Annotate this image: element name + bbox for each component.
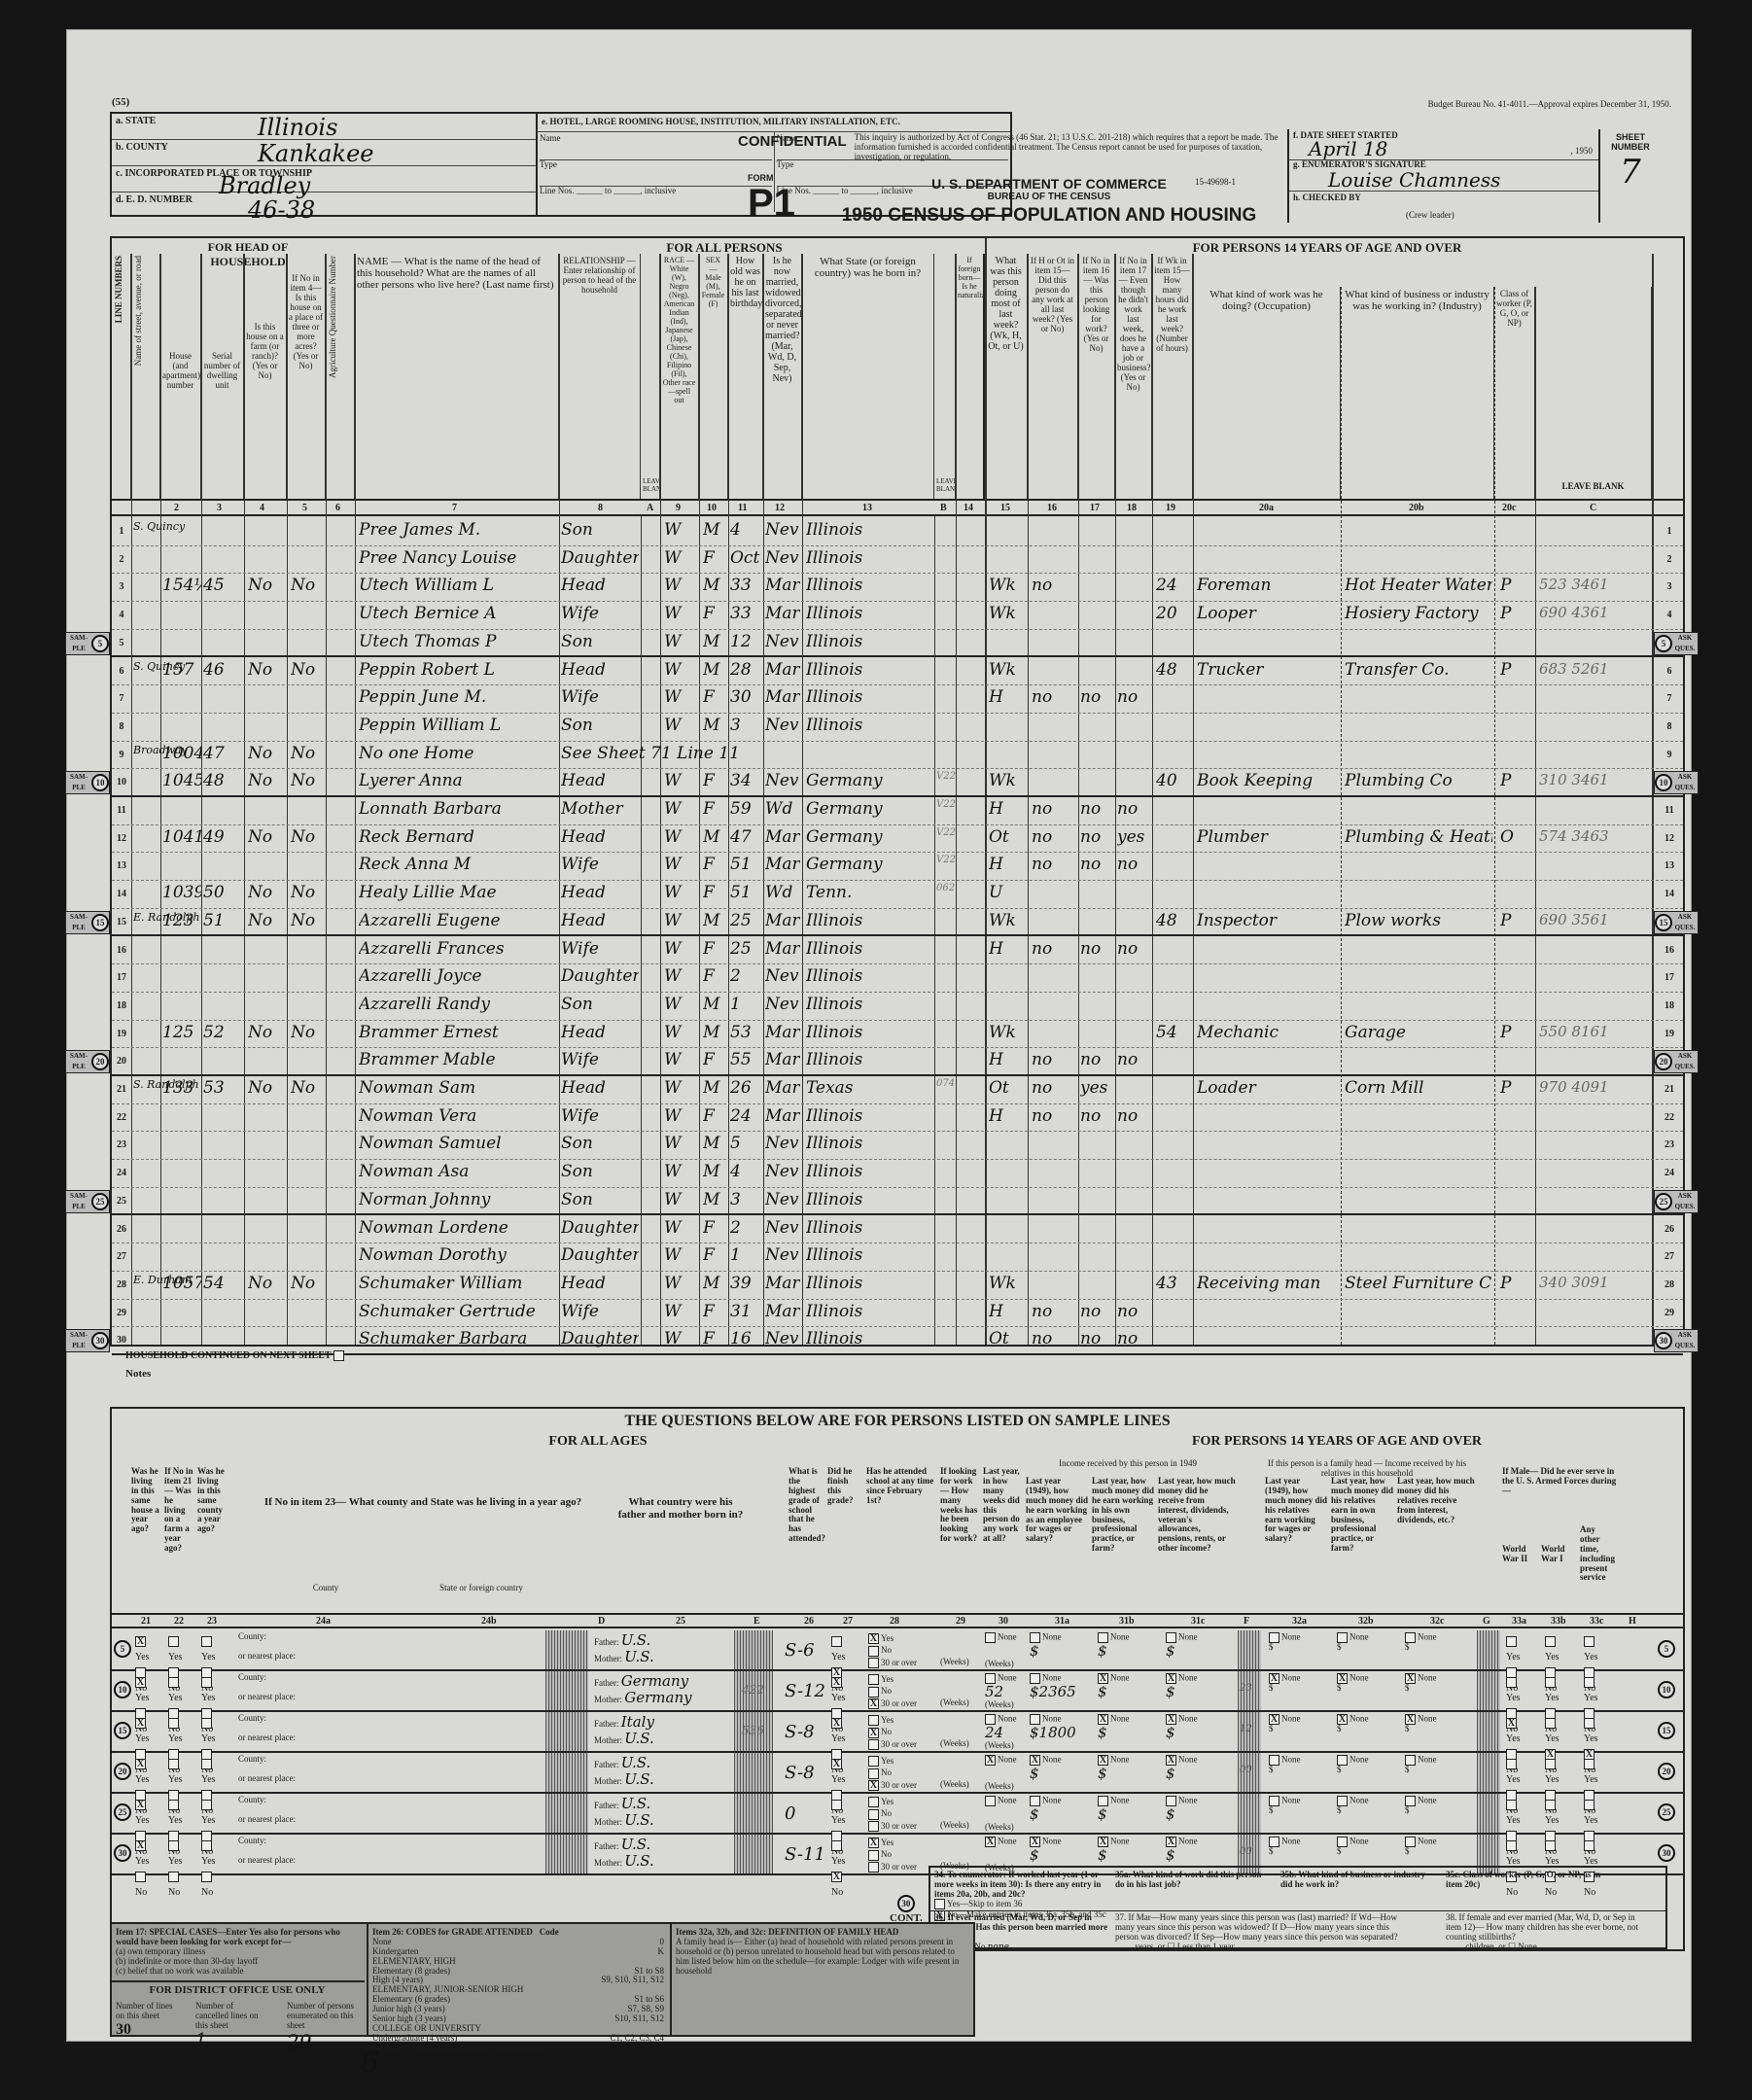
line-number: 10: [112, 777, 131, 787]
birthplace: Illinois: [806, 995, 932, 1014]
date-enumerator-block: f. DATE SHEET STARTED April 18 , 1950 g.…: [1287, 129, 1598, 223]
q28-checkbox[interactable]: XYesNo30 or over: [868, 1632, 917, 1668]
line-number-right: 12: [1660, 833, 1679, 844]
instructions-box: Item 17: SPECIAL CASES—Enter Yes also fo…: [110, 1922, 975, 2037]
q21-checkbox[interactable]: XYesNo: [135, 1838, 150, 1901]
q22-checkbox[interactable]: YesNo: [168, 1838, 183, 1901]
person-row: 16Azzarelli FrancesWifeWF25MarIllinoisHn…: [112, 937, 1683, 965]
lower-col-num: 24a: [316, 1616, 331, 1627]
q26-header: What is the highest grade of school that…: [788, 1467, 823, 1544]
c31a-income[interactable]: None$: [1030, 1632, 1062, 1660]
c32c-income[interactable]: None$: [1405, 1837, 1437, 1857]
farm-answer: No: [248, 827, 285, 847]
col6-header: Agriculture Questionnaire Number: [326, 254, 355, 499]
q33c-header: Any other time, including present servic…: [1580, 1525, 1615, 1583]
person-name: Schumaker Gertrude: [359, 1302, 557, 1321]
c32a-income[interactable]: XNone$: [1269, 1673, 1301, 1694]
q32a-header: Last year (1949), how much money did his…: [1265, 1477, 1327, 1544]
race: W: [664, 855, 697, 874]
line-number: 25: [112, 1196, 131, 1207]
age: 55: [730, 1050, 761, 1069]
race: W: [664, 911, 697, 930]
q27-header: Did he finish this grade?: [827, 1467, 862, 1506]
c32a-income[interactable]: None$: [1269, 1755, 1301, 1775]
line-number: 12: [112, 833, 131, 844]
col-f-code: 00: [1240, 1765, 1252, 1775]
class-of-worker: P: [1500, 1078, 1529, 1098]
q28-checkbox[interactable]: YesNo30 or over: [868, 1796, 917, 1832]
person-name: Azzarelli Randy: [359, 995, 557, 1014]
industry: Transfer Co.: [1345, 660, 1492, 680]
lower-column-number-row: 21222324a24bD25E262728293031a31b31cF32a3…: [112, 1613, 1683, 1628]
line-number-right: 27: [1660, 1251, 1679, 1262]
q28-checkbox[interactable]: YesNoX30 or over: [868, 1673, 917, 1709]
line-number-right: 17: [1660, 972, 1679, 983]
lower-col-num: 22: [174, 1616, 184, 1627]
highest-grade: S-12: [785, 1681, 825, 1701]
house-number: 157: [162, 660, 201, 680]
sample-line-marker: 30SAM-PLE: [65, 1329, 110, 1352]
c31a-income[interactable]: None$: [1030, 1796, 1062, 1823]
birthplace: Illinois: [806, 1302, 932, 1321]
person-name: Pree James M.: [359, 520, 557, 540]
person-row: 24Nowman AsaSonWM4NevIllinois24: [112, 1160, 1683, 1188]
county-field[interactable]: County:or nearest place:: [238, 1796, 296, 1825]
line-number-right: 18: [1660, 1000, 1679, 1011]
occupation: Inspector: [1197, 911, 1339, 930]
q30-weeks[interactable]: None(Weeks): [985, 1632, 1017, 1668]
race: W: [664, 632, 697, 651]
industry: Hot Heater Water: [1345, 576, 1492, 595]
col5-header: If No in item 4— Is this house on a plac…: [287, 254, 326, 499]
birthplace: Illinois: [806, 520, 932, 540]
q29-weeks[interactable]: (Weeks): [940, 1821, 969, 1831]
relationship: Head: [561, 1078, 639, 1098]
parents-birthplace: Father: U.S.Mother: U.S.: [594, 1796, 654, 1828]
person-row: 21S. Randolph13353NoNoNowman SamHeadWM26…: [112, 1076, 1683, 1104]
line-number-right: 2: [1660, 554, 1679, 565]
relationship: Head: [561, 1274, 639, 1293]
age: Oct: [730, 548, 761, 568]
relationship: Wife: [561, 687, 639, 707]
person-name: Peppin William L: [359, 716, 557, 735]
sample-line-number: 25: [114, 1803, 131, 1821]
occupation: Receiving man: [1197, 1274, 1339, 1293]
c32c-income[interactable]: XNone$: [1405, 1714, 1437, 1734]
birthplace: Illinois: [806, 966, 932, 986]
race: W: [664, 687, 697, 707]
ask-questions-marker: 20ASKQUES.: [1654, 1050, 1699, 1073]
q28-checkbox[interactable]: YesXNo30 or over: [868, 1714, 917, 1750]
birthplace: Illinois: [806, 632, 932, 651]
race: W: [664, 1329, 697, 1348]
sex: M: [703, 1274, 726, 1293]
sex: F: [703, 966, 726, 986]
marital-status: Nev: [765, 1190, 800, 1209]
c32a-income[interactable]: None$: [1269, 1632, 1301, 1653]
marital-status: Mar: [765, 1078, 800, 1098]
person-name: Nowman Samuel: [359, 1134, 557, 1153]
relationship: Head: [561, 911, 639, 930]
age: 34: [730, 771, 761, 790]
q29-weeks[interactable]: (Weeks): [940, 1658, 969, 1667]
marital-status: Mar: [765, 1302, 800, 1321]
c31a-income[interactable]: None$1800: [1030, 1714, 1076, 1741]
sheet-label: SHEET NUMBER: [1600, 129, 1661, 153]
age: 1: [730, 995, 761, 1014]
c32b-income[interactable]: None$: [1337, 1837, 1369, 1857]
activity-last-week: U: [989, 883, 1026, 902]
marital-status: Mar: [765, 604, 800, 623]
line-number: 5: [112, 638, 131, 648]
age: 25: [730, 939, 761, 959]
age: 25: [730, 911, 761, 930]
q29-weeks[interactable]: (Weeks): [940, 1780, 969, 1790]
q31c-header: Last year, how much money did he receive…: [1158, 1477, 1236, 1554]
occupation: Loader: [1197, 1078, 1339, 1098]
sex: F: [703, 883, 726, 902]
person-row: 15E. Randolph12351NoNoAzzarelli EugeneHe…: [112, 909, 1683, 937]
c32c-income[interactable]: None$: [1405, 1755, 1437, 1775]
district-office-title: FOR DISTRICT OFFICE USE ONLY: [116, 1984, 359, 1996]
person-row: 3154½45NoNoUtech William LHeadWM33MarIll…: [112, 574, 1683, 602]
activity-last-week: H: [989, 799, 1026, 819]
line-number: 21: [112, 1084, 131, 1095]
county-field[interactable]: County:or nearest place:: [238, 1714, 296, 1743]
c32a-income[interactable]: None$: [1269, 1837, 1301, 1857]
sex: M: [703, 1078, 726, 1098]
q21-header: Was he living in this same house a year …: [131, 1467, 160, 1534]
col10-header: SEX — Male (M), Female (F): [699, 254, 728, 499]
race: W: [664, 1274, 697, 1293]
house-number: 123: [162, 911, 201, 930]
sex: M: [703, 827, 726, 847]
industry: Hosiery Factory: [1345, 604, 1492, 623]
ask-questions-marker: 25ASKQUES.: [1654, 1190, 1699, 1213]
date-value: April 18: [1309, 137, 1387, 160]
c31b-income[interactable]: XNone$: [1098, 1837, 1130, 1864]
q29-weeks[interactable]: (Weeks): [940, 1739, 969, 1749]
age: 3: [730, 1190, 761, 1209]
activity-last-week: H: [989, 1302, 1026, 1321]
did-any-work: no: [1032, 827, 1076, 847]
race: W: [664, 1218, 697, 1238]
sample-line-number: 5: [114, 1640, 131, 1658]
has-job: no: [1117, 939, 1150, 959]
leave-blank-f: [1238, 1630, 1261, 1669]
person-name: Reck Anna M: [359, 855, 557, 874]
sex: F: [703, 799, 726, 819]
has-job: no: [1117, 1050, 1150, 1069]
marital-status: Nev: [765, 1245, 800, 1265]
line-number-right: 21: [1660, 1084, 1679, 1095]
person-rows: 1S. QuincyPree James M.SonWM4NevIllinois…: [112, 518, 1683, 1355]
sex: M: [703, 1162, 726, 1181]
confidential-label: CONFIDENTIAL: [738, 133, 847, 162]
relationship: Son: [561, 1190, 639, 1209]
race: W: [664, 660, 697, 680]
leave-blank-g: [1477, 1630, 1500, 1669]
q28-checkbox[interactable]: YesNoX30 or over: [868, 1755, 917, 1791]
q30-weeks[interactable]: XNone(Weeks): [985, 1755, 1017, 1791]
birthplace: Illinois: [806, 660, 932, 680]
c31a-income[interactable]: XNone$: [1030, 1755, 1062, 1782]
family-head-definition: Items 32a, 32b, and 32c: DEFINITION OF F…: [676, 1928, 967, 1976]
county-field[interactable]: County:or nearest place:: [238, 1673, 296, 1702]
county-field[interactable]: County:or nearest place:: [238, 1632, 296, 1662]
occupation: Plumber: [1197, 827, 1339, 847]
line-number: 14: [112, 889, 131, 899]
c32b-income[interactable]: XNone$: [1337, 1673, 1369, 1694]
race: W: [664, 576, 697, 595]
leave-blank-g: [1477, 1794, 1500, 1833]
line-number-right: 11: [1660, 805, 1679, 816]
q30-header: Last year, in how many weeks did this pe…: [983, 1467, 1022, 1544]
q30-weeks[interactable]: None(Weeks): [985, 1796, 1017, 1832]
lower-col-num: 31c: [1191, 1616, 1205, 1627]
marital-status: Mar: [765, 576, 800, 595]
c31b-income[interactable]: XNone$: [1098, 1755, 1130, 1782]
c32c-income[interactable]: XNone$: [1405, 1673, 1437, 1694]
checked-label: h. CHECKED BY: [1293, 193, 1361, 203]
col12-header: Is he now married, widowed, divorced, se…: [763, 254, 802, 499]
class-of-worker: P: [1500, 576, 1529, 595]
activity-last-week: Wk: [989, 911, 1026, 930]
leave-blank-code: 683 5261: [1539, 660, 1648, 678]
q24a-header: County: [258, 1584, 394, 1593]
sample-line-marker: 20SAM-PLE: [65, 1050, 110, 1073]
acres-answer: No: [291, 827, 324, 847]
q27-checkbox[interactable]: YesXNo: [831, 1838, 846, 1901]
line-number-right: 3: [1660, 581, 1679, 592]
sex: M: [703, 1134, 726, 1153]
person-row: 8Peppin William LSonWM3NevIllinois8: [112, 714, 1683, 742]
relationship: Son: [561, 1162, 639, 1181]
line-number: 2: [112, 554, 131, 565]
birthplace: Illinois: [806, 1162, 932, 1181]
q24b-header: State or foreign country: [403, 1584, 559, 1593]
race: W: [664, 966, 697, 986]
c32b-income[interactable]: XNone$: [1337, 1714, 1369, 1734]
acres-answer: No: [291, 744, 324, 763]
has-job: no: [1117, 855, 1150, 874]
house-number: 1004: [162, 744, 201, 763]
c32c-income[interactable]: None$: [1405, 1632, 1437, 1653]
has-job: no: [1117, 687, 1150, 707]
q25-header: What country were his father and mother …: [617, 1496, 744, 1521]
activity-last-week: H: [989, 939, 1026, 959]
col-f-code: 00: [1240, 1846, 1252, 1857]
birthplace: Germany: [806, 771, 932, 790]
leave-blank-d: [545, 1712, 588, 1751]
c31c-income[interactable]: None$: [1166, 1796, 1198, 1823]
relationship: Wife: [561, 939, 639, 959]
q35b: 35b. What kind of business or industry d…: [1280, 1870, 1436, 1889]
age: 33: [730, 576, 761, 595]
marital-status: Mar: [765, 939, 800, 959]
leave-blank-e: [734, 1794, 773, 1833]
dept-title: U. S. DEPARTMENT OF COMMERCE: [845, 176, 1253, 192]
line-number-right: 26: [1660, 1224, 1679, 1235]
birthplace: Illinois: [806, 1274, 932, 1293]
q28-checkbox[interactable]: XYesNo30 or over: [868, 1837, 917, 1872]
inst-lines-label-1: Line Nos. ______ to ______, inclusive: [540, 187, 772, 196]
farm-answer: No: [248, 911, 285, 930]
looking-for-work: yes: [1080, 1078, 1113, 1098]
person-name: Norman Johnny: [359, 1190, 557, 1209]
census-sheet: (55) Budget Bureau No. 41-4011.—Approval…: [66, 29, 1692, 2042]
person-row: 7Peppin June M.WifeWF30MarIllinoisHnonon…: [112, 685, 1683, 714]
sex: M: [703, 1023, 726, 1042]
c31c-income[interactable]: XNone$: [1166, 1714, 1198, 1741]
sex: F: [703, 1329, 726, 1348]
lower-col-num: 26: [804, 1616, 814, 1627]
county-field[interactable]: County:or nearest place:: [238, 1837, 296, 1866]
leave-blank-code: 340 3091: [1539, 1274, 1648, 1291]
person-row: 10104548NoNoLyerer AnnaHeadWF34NevGerman…: [112, 769, 1683, 797]
c32a-income[interactable]: XNone$: [1269, 1714, 1301, 1734]
q35a: 35a. What kind of work did this person d…: [1115, 1870, 1271, 1889]
sex: F: [703, 1245, 726, 1265]
c31b-income[interactable]: XNone$: [1098, 1673, 1130, 1700]
q30-weeks[interactable]: None24(Weeks): [985, 1714, 1017, 1750]
column-number-row: 2 3 4 5 6 7 8 A 9 10 11 12 13 B 14 15 16…: [112, 499, 1683, 516]
marital-status: Nev: [765, 520, 800, 540]
class-of-worker: P: [1500, 911, 1529, 930]
birthplace: Germany: [806, 827, 932, 847]
did-any-work: no: [1032, 687, 1076, 707]
c31b-income[interactable]: XNone$: [1098, 1714, 1130, 1741]
relationship: Head: [561, 827, 639, 847]
line-number-right: 22: [1660, 1112, 1679, 1123]
serial-number: 46: [203, 660, 242, 680]
house-number: 1039: [162, 883, 201, 902]
date-year: , 1950: [1571, 147, 1594, 157]
occupation: Looper: [1197, 604, 1339, 623]
line-number: 23: [112, 1139, 131, 1150]
race: W: [664, 520, 697, 540]
c31c-income[interactable]: XNone$: [1166, 1837, 1198, 1864]
sex: F: [703, 604, 726, 623]
serial-number: 45: [203, 576, 242, 595]
c32a-income[interactable]: None$: [1269, 1796, 1301, 1816]
race: W: [664, 939, 697, 959]
all-ages-heading: FOR ALL AGES: [306, 1434, 890, 1450]
c31b-income[interactable]: None$: [1098, 1632, 1130, 1660]
age: 28: [730, 660, 761, 680]
col-b-code: 074: [936, 1078, 956, 1089]
person-name: Azzarelli Joyce: [359, 966, 557, 986]
line-number: 7: [112, 693, 131, 704]
person-name: Utech Bernice A: [359, 604, 557, 623]
c31a-income[interactable]: None$2365: [1030, 1673, 1076, 1700]
col19-header: If Wk in item 15— How many hours did he …: [1152, 254, 1193, 499]
ed-label: d. E. D. NUMBER: [116, 194, 193, 205]
birthplace: Illinois: [806, 1218, 932, 1238]
age: 39: [730, 1274, 761, 1293]
c31a-income[interactable]: XNone$: [1030, 1837, 1062, 1864]
line-number: 28: [112, 1279, 131, 1290]
income-1949-header: Income received by this person in 1949: [1026, 1459, 1230, 1469]
q34-yes-checkbox[interactable]: [934, 1899, 945, 1909]
serial-number: 51: [203, 911, 242, 930]
serial-number: 54: [203, 1274, 242, 1293]
lower-col-num: 24b: [481, 1616, 497, 1627]
person-row: 1S. QuincyPree James M.SonWM4NevIllinois…: [112, 518, 1683, 546]
industry: Corn Mill: [1345, 1078, 1492, 1098]
person-name: Reck Bernard: [359, 827, 557, 847]
acres-answer: No: [291, 771, 324, 790]
leave-blank-g: [1477, 1753, 1500, 1792]
age: 30: [730, 687, 761, 707]
birthplace: Illinois: [806, 911, 932, 930]
birthplace: Illinois: [806, 1190, 932, 1209]
q30-weeks[interactable]: None52(Weeks): [985, 1673, 1017, 1709]
q29-weeks[interactable]: (Weeks): [940, 1698, 969, 1708]
race: W: [664, 1134, 697, 1153]
race: W: [664, 1190, 697, 1209]
acres-answer: No: [291, 1274, 324, 1293]
serial-number: 47: [203, 744, 242, 763]
q23-checkbox[interactable]: YesNo: [201, 1838, 216, 1901]
marital-status: Mar: [765, 687, 800, 707]
location-block: a. STATEIllinois b. COUNTYKankakee c. IN…: [110, 112, 538, 217]
col-b-code: V22: [936, 771, 956, 782]
birthplace: Illinois: [806, 576, 932, 595]
birthplace: Illinois: [806, 939, 932, 959]
q33b-header: World War I: [1541, 1545, 1576, 1564]
c31b-income[interactable]: None$: [1098, 1796, 1130, 1823]
person-row: 1912552NoNoBrammer ErnestHeadWM53MarIlli…: [112, 1021, 1683, 1049]
c32b-income[interactable]: None$: [1337, 1796, 1369, 1816]
c31c-income[interactable]: None$: [1166, 1632, 1198, 1660]
sex: M: [703, 632, 726, 651]
col-b-code: V22: [936, 827, 956, 838]
sample-line-number: 30: [114, 1844, 131, 1862]
col20a-header: What kind of work was he doing? (Occupat…: [1193, 287, 1341, 499]
parents-birthplace: Father: GermanyMother: Germany: [594, 1673, 692, 1705]
c31c-income[interactable]: XNone$: [1166, 1755, 1198, 1782]
farm-answer: No: [248, 1023, 285, 1042]
class-of-worker: P: [1500, 604, 1529, 623]
c32c-income[interactable]: None$: [1405, 1796, 1437, 1816]
c32b-income[interactable]: None$: [1337, 1632, 1369, 1653]
acres-answer: No: [291, 660, 324, 680]
birthplace: Illinois: [806, 604, 932, 623]
q32c-header: Last year, how much money did his relati…: [1397, 1477, 1475, 1524]
household-continued-checkbox[interactable]: [333, 1350, 344, 1361]
margin-mark: 6: [361, 2047, 379, 2081]
line-number-right: 19: [1660, 1029, 1679, 1039]
house-number: 1057: [162, 1274, 201, 1293]
leave-blank-code: 970 4091: [1539, 1078, 1648, 1096]
person-row: 2Pree Nancy LouiseDaughterWFOctNevIllino…: [112, 546, 1683, 575]
serial-number: 48: [203, 771, 242, 790]
marital-status: Nev: [765, 716, 800, 735]
county-field[interactable]: County:or nearest place:: [238, 1755, 296, 1784]
form-number: 15-49698-1: [1195, 178, 1236, 188]
lower-col-num: 32c: [1430, 1616, 1444, 1627]
highest-grade: S-6: [785, 1640, 815, 1661]
leave-blank-code: 523 3461: [1539, 576, 1648, 593]
c31c-income[interactable]: XNone$: [1166, 1673, 1198, 1700]
col7-header: NAME — What is the name of the head of t…: [355, 254, 559, 499]
marital-status: Nev: [765, 966, 800, 986]
inst-type-label-1: Type: [540, 160, 772, 187]
line-number-right: 13: [1660, 860, 1679, 871]
marital-status: Nev: [765, 548, 800, 568]
c32b-income[interactable]: None$: [1337, 1755, 1369, 1775]
